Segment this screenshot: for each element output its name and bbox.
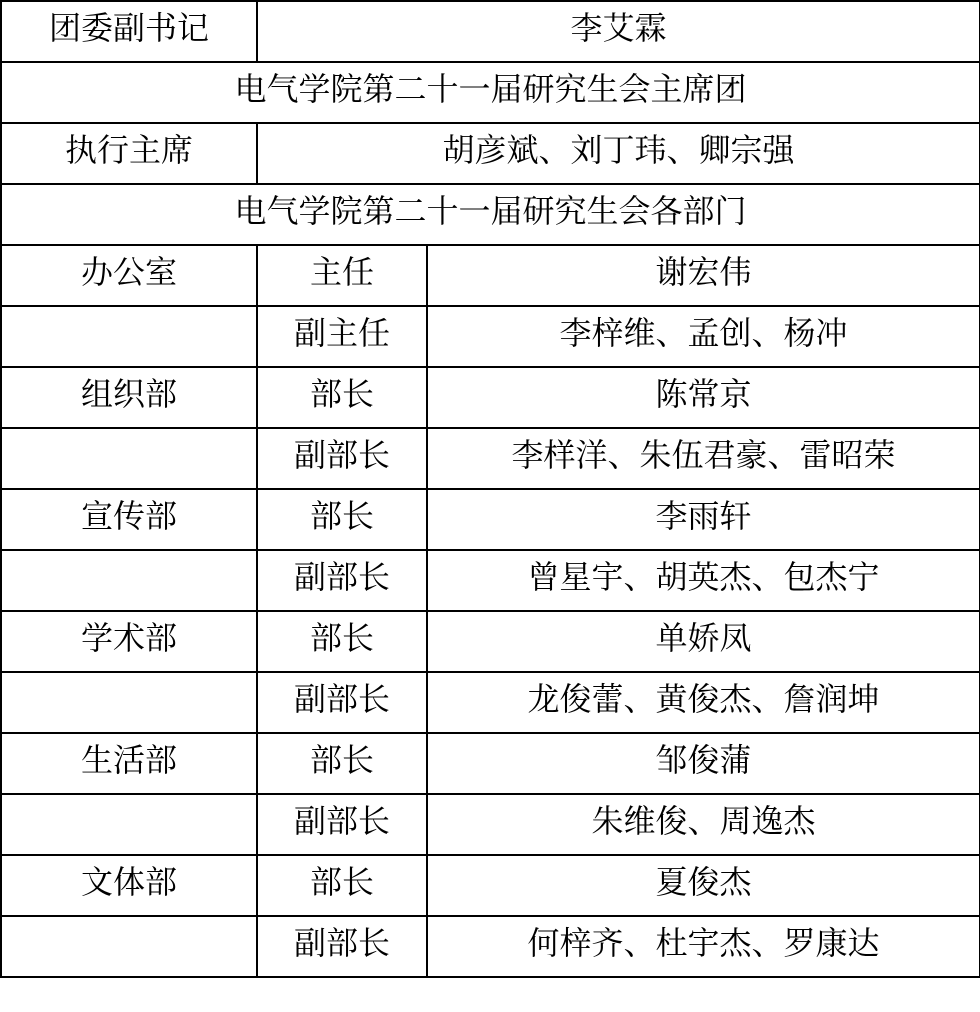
deputy-role: 副部长 bbox=[257, 672, 427, 733]
departments-title: 电气学院第二十一届研究生会各部门 bbox=[1, 184, 980, 245]
empty-cell bbox=[1, 550, 257, 611]
department-name: 学术部 bbox=[1, 611, 257, 672]
head-name: 夏俊杰 bbox=[427, 855, 980, 916]
deputy-names: 李梓维、孟创、杨冲 bbox=[427, 306, 980, 367]
deputy-names: 曾星宇、胡英杰、包杰宁 bbox=[427, 550, 980, 611]
presidium-row: 执行主席 胡彦斌、刘丁玮、卿宗强 bbox=[1, 123, 980, 184]
table-row: 副主任 李梓维、孟创、杨冲 bbox=[1, 306, 980, 367]
presidium-title-row: 电气学院第二十一届研究生会主席团 bbox=[1, 62, 980, 123]
department-name: 办公室 bbox=[1, 245, 257, 306]
deputy-role: 副部长 bbox=[257, 550, 427, 611]
deputy-role: 副部长 bbox=[257, 916, 427, 977]
department-name: 组织部 bbox=[1, 367, 257, 428]
table-row: 副部长 曾星宇、胡英杰、包杰宁 bbox=[1, 550, 980, 611]
deputy-names: 李样洋、朱伍君豪、雷昭荣 bbox=[427, 428, 980, 489]
table-row: 组织部 部长 陈常京 bbox=[1, 367, 980, 428]
secretary-label: 团委副书记 bbox=[1, 1, 257, 62]
empty-cell bbox=[1, 672, 257, 733]
head-name: 邹俊蒲 bbox=[427, 733, 980, 794]
table-row: 文体部 部长 夏俊杰 bbox=[1, 855, 980, 916]
deputy-names: 朱维俊、周逸杰 bbox=[427, 794, 980, 855]
executive-chair-names: 胡彦斌、刘丁玮、卿宗强 bbox=[257, 123, 980, 184]
head-name: 李雨轩 bbox=[427, 489, 980, 550]
table-row: 副部长 龙俊蕾、黄俊杰、詹润坤 bbox=[1, 672, 980, 733]
deputy-names: 何梓齐、杜宇杰、罗康达 bbox=[427, 916, 980, 977]
executive-chair-label: 执行主席 bbox=[1, 123, 257, 184]
secretary-row: 团委副书记 李艾霖 bbox=[1, 1, 980, 62]
empty-cell bbox=[1, 306, 257, 367]
empty-cell bbox=[1, 428, 257, 489]
table-row: 副部长 何梓齐、杜宇杰、罗康达 bbox=[1, 916, 980, 977]
deputy-role: 副部长 bbox=[257, 428, 427, 489]
deputy-role: 副主任 bbox=[257, 306, 427, 367]
head-role: 部长 bbox=[257, 489, 427, 550]
department-name: 生活部 bbox=[1, 733, 257, 794]
head-role: 部长 bbox=[257, 367, 427, 428]
table-row: 副部长 朱维俊、周逸杰 bbox=[1, 794, 980, 855]
table-row: 学术部 部长 单娇凤 bbox=[1, 611, 980, 672]
head-role: 主任 bbox=[257, 245, 427, 306]
deputy-names: 龙俊蕾、黄俊杰、詹润坤 bbox=[427, 672, 980, 733]
head-name: 陈常京 bbox=[427, 367, 980, 428]
head-role: 部长 bbox=[257, 855, 427, 916]
empty-cell bbox=[1, 794, 257, 855]
department-name: 宣传部 bbox=[1, 489, 257, 550]
head-name: 谢宏伟 bbox=[427, 245, 980, 306]
table-row: 办公室 主任 谢宏伟 bbox=[1, 245, 980, 306]
presidium-title: 电气学院第二十一届研究生会主席团 bbox=[1, 62, 980, 123]
departments-title-row: 电气学院第二十一届研究生会各部门 bbox=[1, 184, 980, 245]
table-row: 副部长 李样洋、朱伍君豪、雷昭荣 bbox=[1, 428, 980, 489]
empty-cell bbox=[1, 916, 257, 977]
secretary-name: 李艾霖 bbox=[257, 1, 980, 62]
head-role: 部长 bbox=[257, 733, 427, 794]
deputy-role: 副部长 bbox=[257, 794, 427, 855]
head-role: 部长 bbox=[257, 611, 427, 672]
roster-table: 团委副书记 李艾霖 电气学院第二十一届研究生会主席团 执行主席 胡彦斌、刘丁玮、… bbox=[0, 0, 980, 978]
department-name: 文体部 bbox=[1, 855, 257, 916]
head-name: 单娇凤 bbox=[427, 611, 980, 672]
table-row: 生活部 部长 邹俊蒲 bbox=[1, 733, 980, 794]
table-row: 宣传部 部长 李雨轩 bbox=[1, 489, 980, 550]
